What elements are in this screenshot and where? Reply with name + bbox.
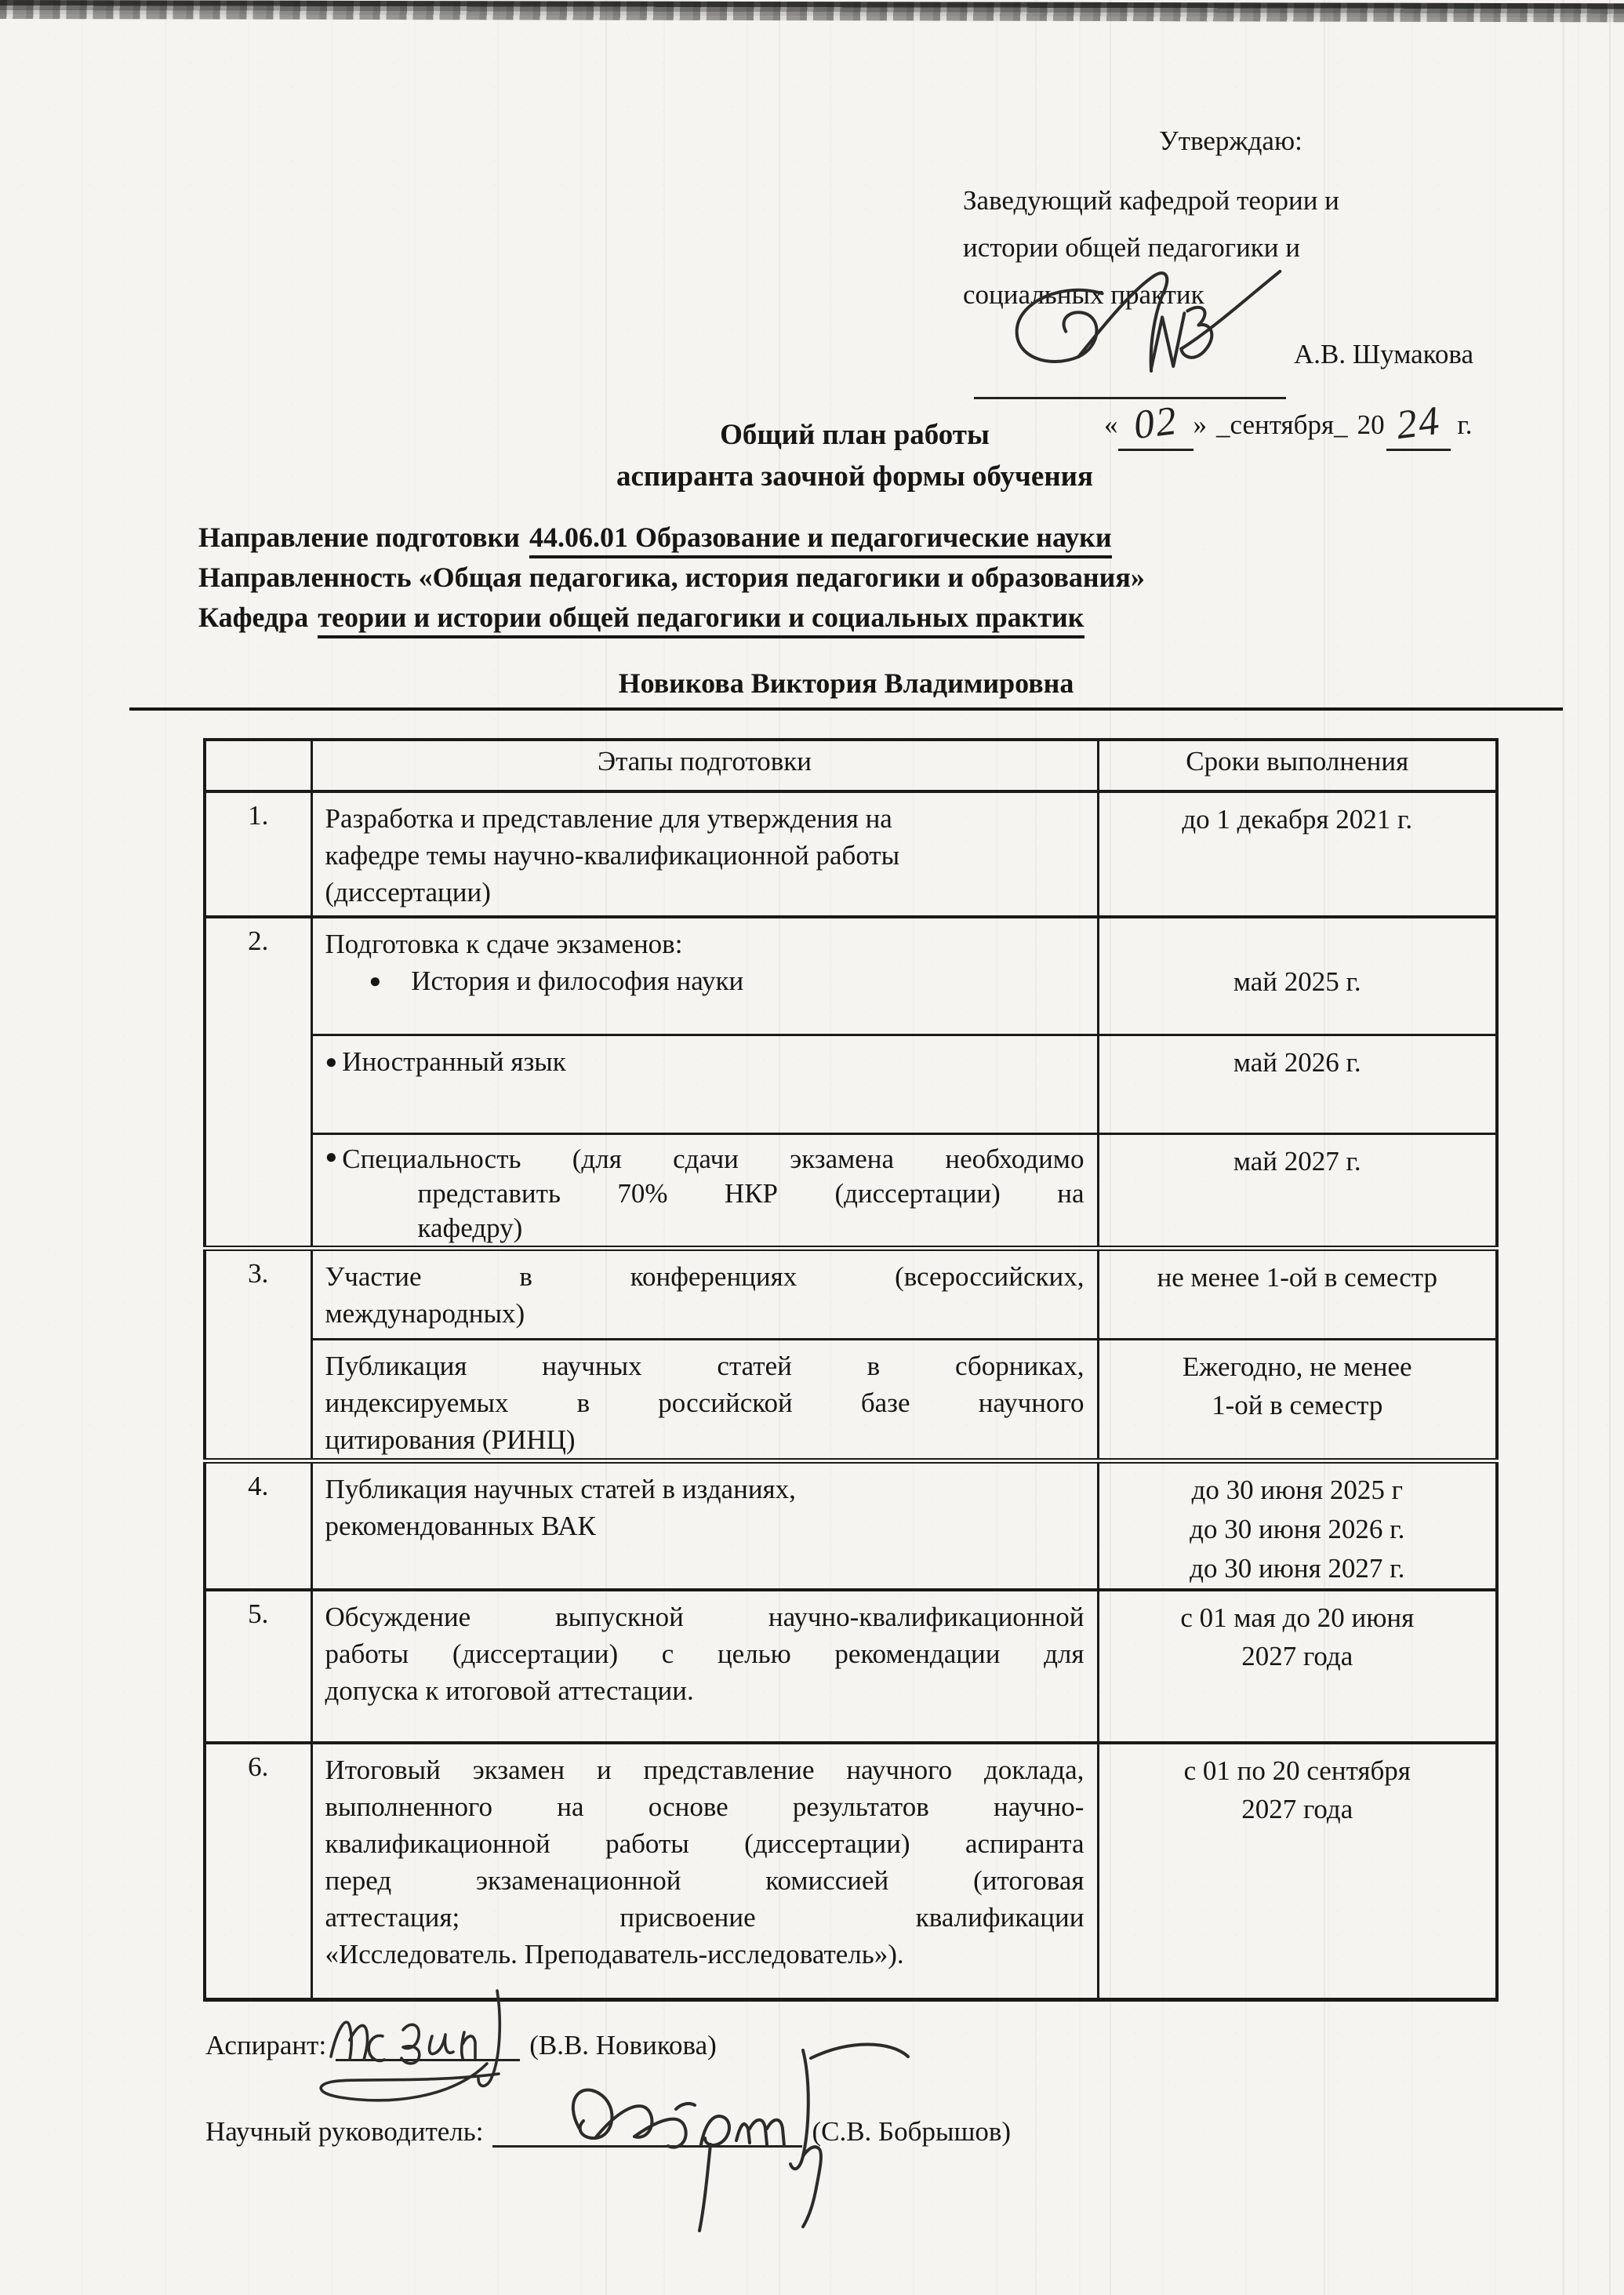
scanner-streak <box>1609 0 1611 2295</box>
bullet-icon: ● <box>325 1050 338 1073</box>
table-row-5: 5. Обсуждениевыпускнойнаучно-квалификаци… <box>205 1590 1497 1743</box>
approval-label: Утверждаю: <box>1159 118 1582 165</box>
row-2c-stage-line: представить70%НКР(диссертации)на <box>418 1177 1084 1211</box>
row-6-stage: Итоговыйэкзаменипредставлениенаучногодок… <box>311 1743 1098 2000</box>
row-3a-stage: Участиевконференциях(всероссийских, межд… <box>311 1248 1098 1339</box>
row-1-stage-line: (диссертации) <box>325 874 1084 911</box>
table-row-2c: ●Специальность(длясдачиэкзаменанеобходим… <box>205 1133 1497 1248</box>
row-6-stage-line: «Исследователь. Преподаватель-исследоват… <box>325 1936 1084 1973</box>
row-5-stage-line: работы(диссертации)сцельюрекомендациидля <box>325 1635 1084 1672</box>
deadline-line: не менее 1-ой в семестр <box>1106 1258 1490 1297</box>
row-4-stage: Публикация научных статей в изданиях, ре… <box>311 1460 1098 1590</box>
row-5-number: 5. <box>205 1590 311 1743</box>
deadline-line: май 2027 г. <box>1106 1142 1490 1180</box>
student-signature <box>307 1980 540 2108</box>
title-line-2: аспиранта заочной формы обучения <box>78 456 1624 497</box>
row-4-stage-line: рекомендованных ВАК <box>325 1508 1084 1544</box>
header-number-cell <box>205 740 311 791</box>
approver-signature <box>1007 270 1284 376</box>
row-2c-bullet-text: Специальность(длясдачиэкзаменанеобходимо <box>342 1142 1084 1177</box>
row-3b-deadline: Ежегодно, не менее 1-ой в семестр <box>1098 1339 1497 1460</box>
deadline-line: до 1 декабря 2021 г. <box>1106 800 1490 838</box>
row-6-deadline: с 01 по 20 сентября 2027 года <box>1098 1743 1497 2000</box>
table-row-6: 6. Итоговыйэкзаменипредставлениенаучного… <box>205 1743 1497 2000</box>
department-label: Кафедра <box>198 602 308 633</box>
bullet-icon: ● <box>369 969 382 992</box>
approver-name: А.В. Шумакова <box>1294 331 1473 378</box>
approver-signature-area: А.В. Шумакова <box>963 318 1582 394</box>
row-5-stage: Обсуждениевыпускнойнаучно-квалификационн… <box>311 1590 1098 1743</box>
row-6-number: 6. <box>205 1743 311 2000</box>
row-1-stage-line: кафедре темы научно-квалификационной раб… <box>325 837 1084 874</box>
deadline-line: до 30 июня 2027 г. <box>1106 1549 1490 1588</box>
scanned-document-page: Утверждаю: Заведующий кафедрой теории и … <box>0 0 1624 2295</box>
department-value: теории и истории общей педагогики и соци… <box>318 602 1084 638</box>
deadline-line: май 2025 г. <box>1106 962 1490 1001</box>
table-header-row: Этапы подготовки Сроки выполнения <box>205 740 1497 791</box>
approval-block: Утверждаю: Заведующий кафедрой теории и … <box>963 118 1582 451</box>
row-2-number: 2. <box>205 917 311 1248</box>
header-terms-cell: Сроки выполнения <box>1098 740 1497 791</box>
approver-signature-line <box>974 397 1286 399</box>
department-line: Кафедратеории и истории общей педагогики… <box>198 601 1524 634</box>
deadline-line: май 2026 г. <box>1106 1043 1490 1082</box>
profile-line: Направленность «Общая педагогика, истори… <box>198 561 1524 594</box>
deadline-line: до 30 июня 2025 г <box>1106 1471 1490 1510</box>
student-full-name: Новикова Виктория Владимировна <box>129 667 1563 711</box>
deadline-line: с 01 по 20 сентября <box>1106 1751 1490 1790</box>
row-3b-stage-line: Публикациянаучныхстатейвсборниках, <box>325 1348 1084 1384</box>
row-2b-stage: ●Иностранный язык <box>311 1035 1098 1133</box>
supervisor-signature <box>544 2033 914 2235</box>
row-2c-stage: ●Специальность(длясдачиэкзаменанеобходим… <box>311 1133 1098 1248</box>
row-1-stage: Разработка и представление для утвержден… <box>311 791 1098 917</box>
row-1-stage-line: Разработка и представление для утвержден… <box>325 800 1084 837</box>
row-3a-deadline: не менее 1-ой в семестр <box>1098 1248 1497 1339</box>
row-2c-deadline: май 2027 г. <box>1098 1133 1497 1248</box>
row-2b-deadline: май 2026 г. <box>1098 1035 1497 1133</box>
bullet-icon: ● <box>325 1140 338 1174</box>
work-plan-table: Этапы подготовки Сроки выполнения 1. Раз… <box>203 738 1499 2002</box>
work-plan-table-wrap: Этапы подготовки Сроки выполнения 1. Раз… <box>203 738 1495 2002</box>
approver-title-line-1: Заведующий кафедрой теории и <box>963 177 1582 224</box>
deadline-line: с 01 мая до 20 июня <box>1106 1598 1490 1637</box>
row-4-stage-line: Публикация научных статей в изданиях, <box>325 1471 1084 1508</box>
table-row-4: 4. Публикация научных статей в изданиях,… <box>205 1460 1497 1590</box>
row-3a-stage-line: Участиевконференциях(всероссийских, <box>325 1258 1084 1295</box>
row-1-deadline: до 1 декабря 2021 г. <box>1098 791 1497 917</box>
row-2a-bullet-text: История и философия науки <box>411 966 743 996</box>
row-2a-stage: Подготовка к сдаче экзаменов: ●История и… <box>311 917 1098 1035</box>
approver-title-line-2: истории общей педагогики и <box>963 224 1582 271</box>
deadline-line: Ежегодно, не менее <box>1106 1348 1490 1386</box>
table-row-1: 1. Разработка и представление для утверж… <box>205 791 1497 917</box>
row-5-stage-line: Обсуждениевыпускнойнаучно-квалификационн… <box>325 1598 1084 1635</box>
row-4-number: 4. <box>205 1460 311 1590</box>
direction-line: Направление подготовки44.06.01 Образован… <box>198 521 1524 554</box>
row-6-stage-line: квалификационнойработы(диссертации)аспир… <box>325 1825 1084 1862</box>
row-5-stage-line: допуска к итоговой аттестации. <box>325 1672 1084 1709</box>
supervisor-label: Научный руководитель: <box>205 2116 483 2147</box>
row-2c-bullet-line: ●Специальность(длясдачиэкзаменанеобходим… <box>325 1142 1084 1177</box>
table-row-3b: Публикациянаучныхстатейвсборниках, индек… <box>205 1339 1497 1460</box>
direction-label: Направление подготовки <box>198 522 520 553</box>
row-2-heading: Подготовка к сдаче экзаменов: <box>325 926 1084 962</box>
deadline-line: до 30 июня 2026 г. <box>1106 1510 1490 1549</box>
row-6-stage-line: выполненногонаосноверезультатовнаучно- <box>325 1788 1084 1825</box>
row-3b-stage-line: индексируемыхвроссийскойбазенаучного <box>325 1384 1084 1421</box>
table-row-2a: 2. Подготовка к сдаче экзаменов: ●Истори… <box>205 917 1497 1035</box>
row-3b-stage-line: цитирования (РИНЦ) <box>325 1421 1084 1458</box>
row-3b-stage: Публикациянаучныхстатейвсборниках, индек… <box>311 1339 1098 1460</box>
row-2a-bullet-line: ●История и философия науки <box>325 962 1084 1002</box>
header-stages-cell: Этапы подготовки <box>311 740 1098 791</box>
document-title: Общий план работы аспиранта заочной форм… <box>78 414 1624 497</box>
program-info: Направление подготовки44.06.01 Образован… <box>198 521 1524 641</box>
row-2b-bullet-line: ●Иностранный язык <box>325 1043 1084 1082</box>
row-3a-stage-line: международных) <box>325 1295 1084 1332</box>
row-4-deadline: до 30 июня 2025 г до 30 июня 2026 г. до … <box>1098 1460 1497 1590</box>
row-6-stage-line: Итоговыйэкзаменипредставлениенаучногодок… <box>325 1751 1084 1788</box>
row-2b-bullet-text: Иностранный язык <box>342 1046 566 1077</box>
deadline-line: 1-ой в семестр <box>1106 1386 1490 1424</box>
row-2a-deadline: май 2025 г. <box>1098 917 1497 1035</box>
row-3-number: 3. <box>205 1248 311 1460</box>
table-row-3a: 3. Участиевконференциях(всероссийских, м… <box>205 1248 1497 1339</box>
scan-edge-noise-band <box>0 0 1624 22</box>
row-5-deadline: с 01 мая до 20 июня 2027 года <box>1098 1590 1497 1743</box>
deadline-line: 2027 года <box>1106 1790 1490 1828</box>
title-line-1: Общий план работы <box>78 414 1624 456</box>
table-row-2b: ●Иностранный язык май 2026 г. <box>205 1035 1497 1133</box>
deadline-line: 2027 года <box>1106 1637 1490 1675</box>
direction-value: 44.06.01 Образование и педагогические на… <box>529 522 1112 558</box>
row-2c-stage-line: кафедру) <box>418 1211 1084 1246</box>
row-6-stage-line: аттестация;присвоениеквалификации <box>325 1899 1084 1936</box>
row-1-number: 1. <box>205 791 311 917</box>
row-6-stage-line: передэкзаменационнойкомиссией(итоговая <box>325 1862 1084 1899</box>
